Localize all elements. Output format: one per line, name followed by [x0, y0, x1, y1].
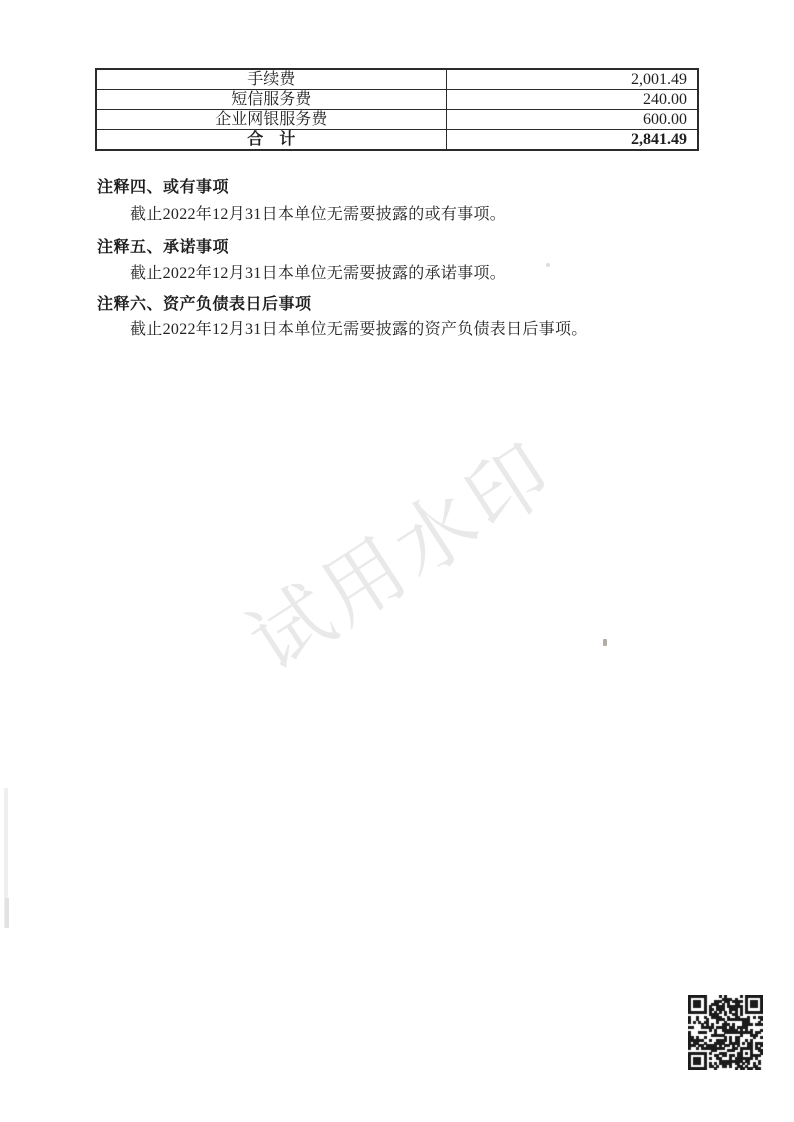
total-label: 合 计: [96, 130, 446, 151]
note-heading-4: 注释四、或有事项: [97, 174, 229, 197]
fee-label: 企业网银服务费: [96, 110, 446, 130]
table-row: 短信服务费 240.00: [96, 90, 698, 110]
fee-label: 短信服务费: [96, 90, 446, 110]
fee-table: 手续费 2,001.49 短信服务费 240.00 企业网银服务费 600.00…: [95, 68, 699, 151]
note-body-4: 截止2022年12月31日本单位无需要披露的或有事项。: [130, 201, 506, 224]
scan-speck: [546, 263, 550, 267]
document-page: 手续费 2,001.49 短信服务费 240.00 企业网银服务费 600.00…: [0, 0, 794, 1122]
table-row-total: 合 计 2,841.49: [96, 130, 698, 151]
note-heading-5: 注释五、承诺事项: [97, 234, 229, 257]
note-body-5: 截止2022年12月31日本单位无需要披露的承诺事项。: [130, 260, 506, 283]
qr-code: [688, 995, 763, 1070]
total-value: 2,841.49: [446, 130, 698, 151]
fee-value: 600.00: [446, 110, 698, 130]
note-body-6: 截止2022年12月31日本单位无需要披露的资产负债表日后事项。: [130, 316, 588, 339]
scan-speck: [603, 639, 607, 646]
fee-label: 手续费: [96, 69, 446, 90]
table-row: 手续费 2,001.49: [96, 69, 698, 90]
watermark-text: 试用水印: [231, 423, 571, 692]
fee-value: 2,001.49: [446, 69, 698, 90]
fee-value: 240.00: [446, 90, 698, 110]
scan-edge-streak: [5, 898, 9, 928]
note-heading-6: 注释六、资产负债表日后事项: [97, 291, 312, 314]
table-row: 企业网银服务费 600.00: [96, 110, 698, 130]
